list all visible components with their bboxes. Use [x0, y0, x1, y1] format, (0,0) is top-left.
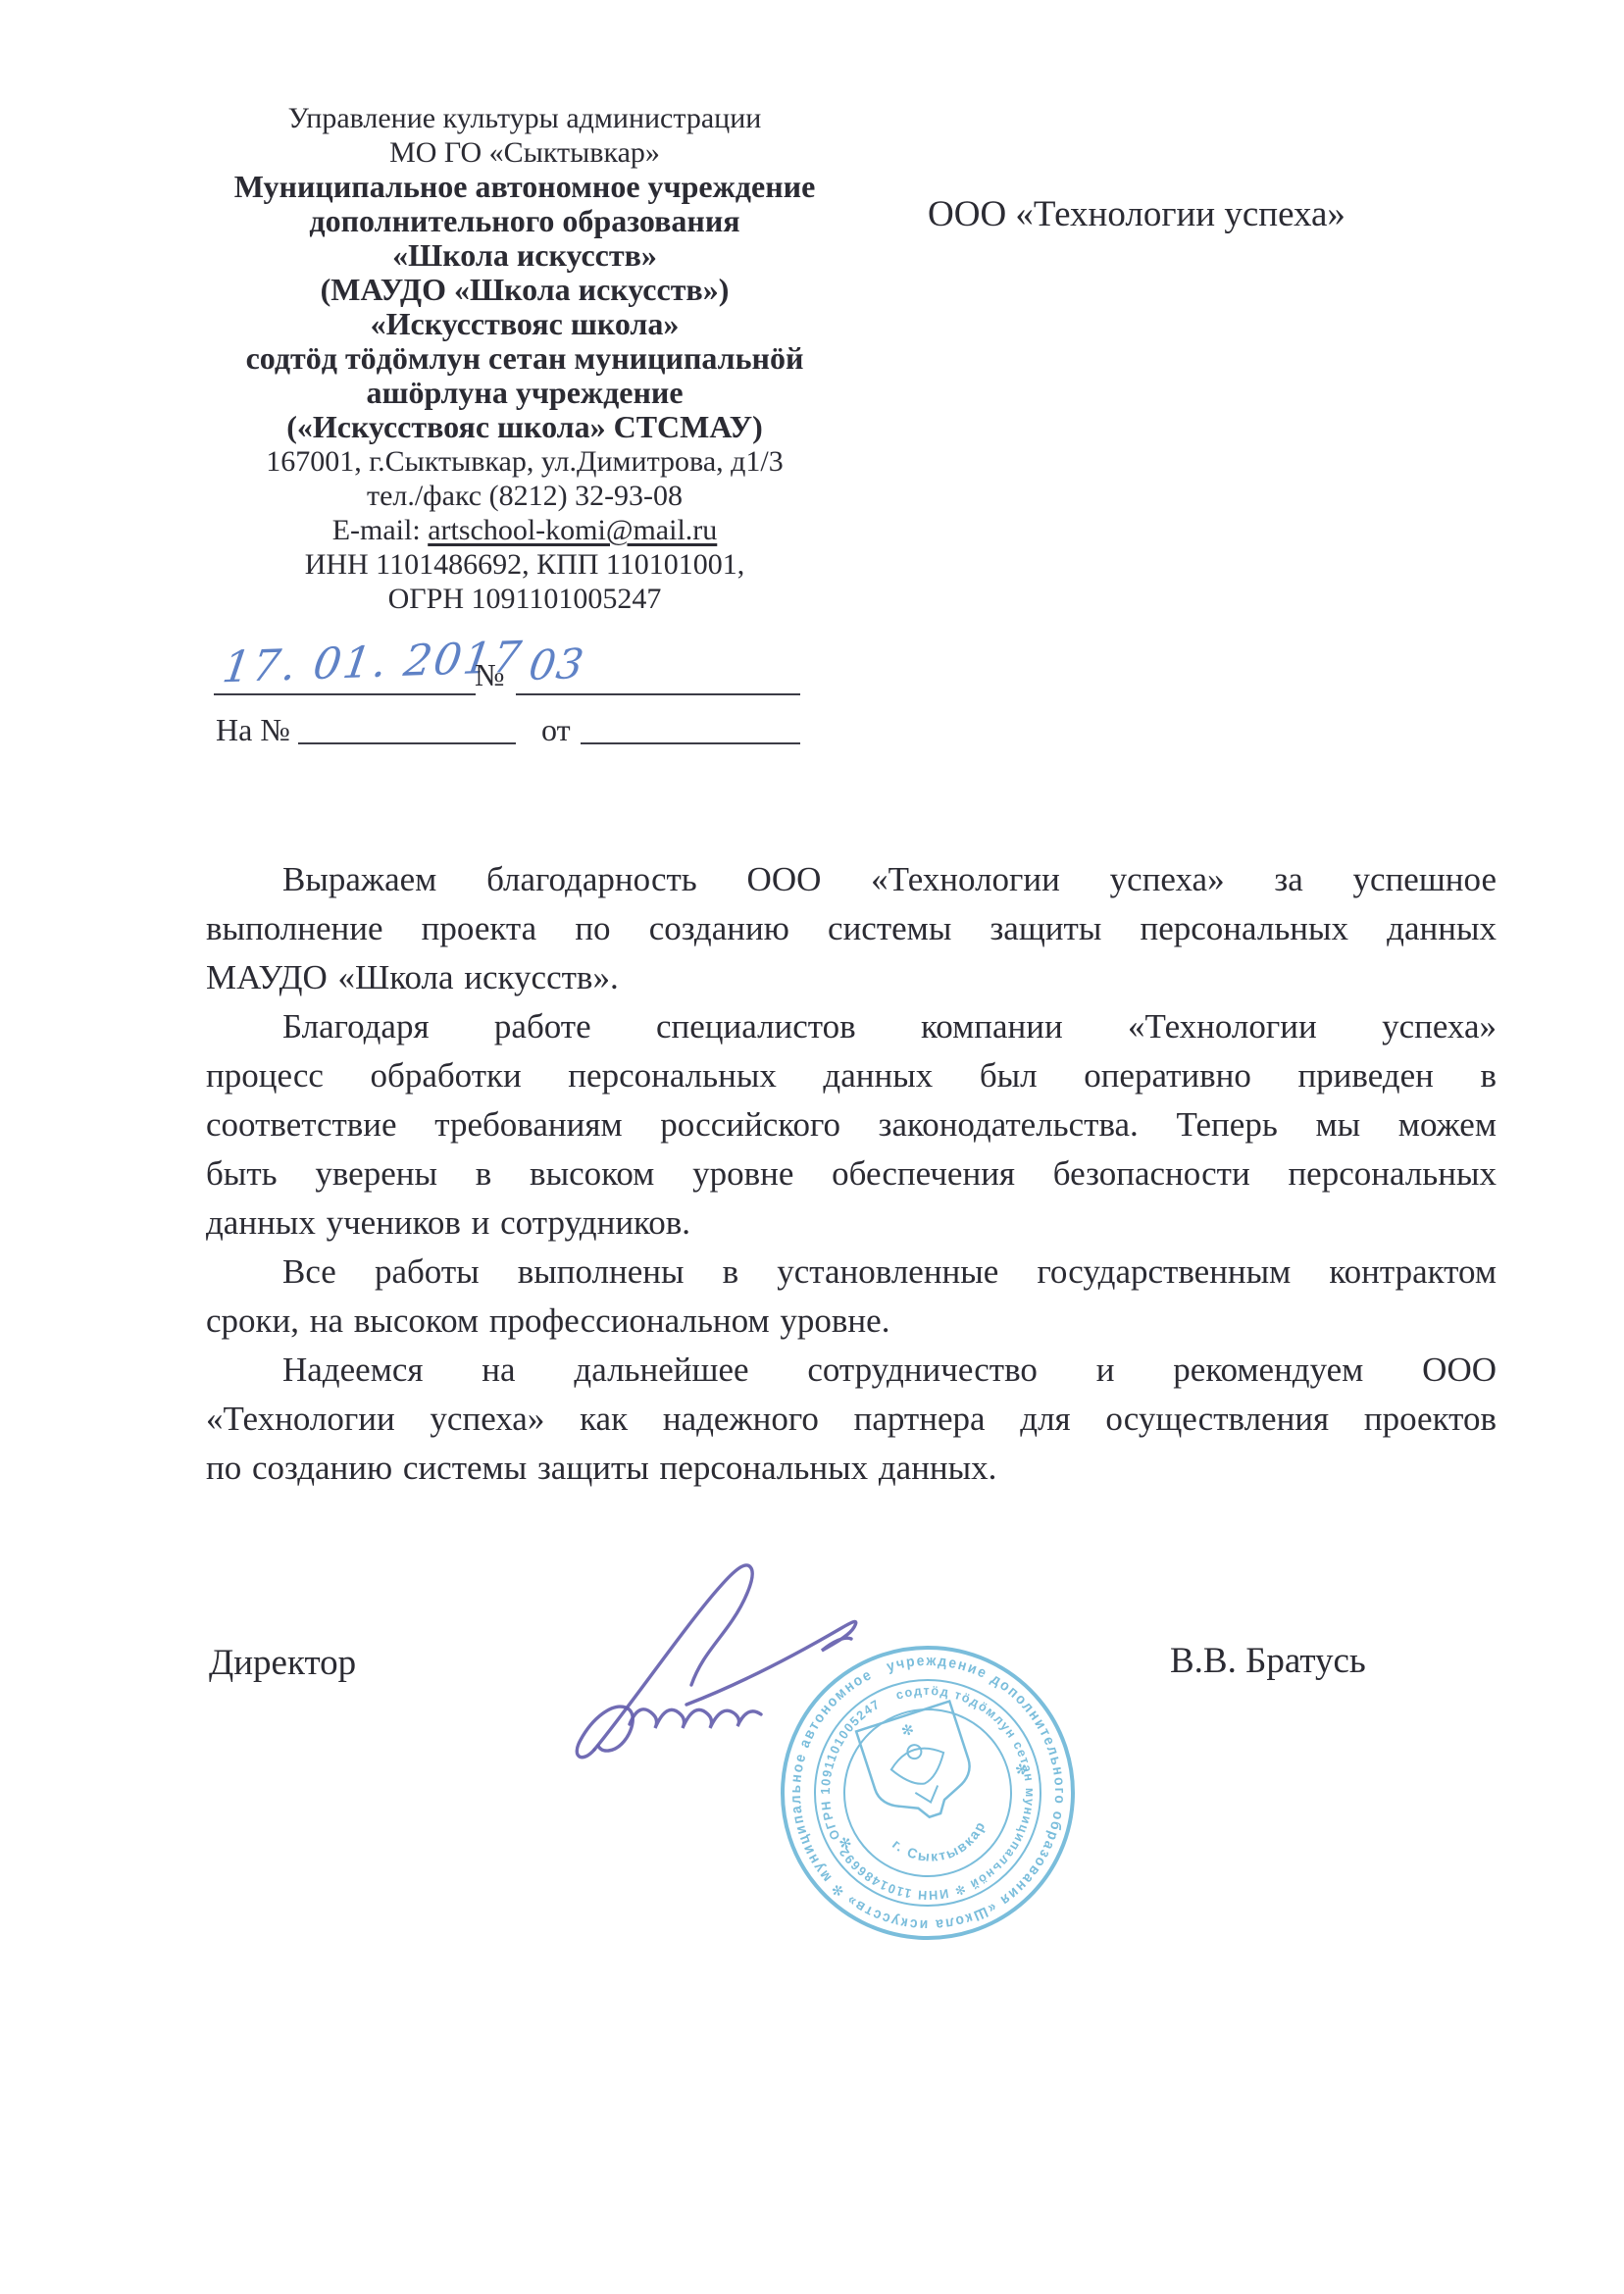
date-underline [214, 693, 476, 695]
body-line: Благодаря работе специалистов компании «… [206, 1002, 1497, 1051]
body-line: сроки, на высоком профессиональном уровн… [206, 1297, 1497, 1346]
stamp-city-text: г. Сыктывкар [887, 1809, 995, 1878]
letterhead-org-line: («Искусствояс школа» СТСМАУ) [137, 410, 912, 444]
letter-page: Управление культуры администрации МО ГО … [0, 0, 1624, 2294]
email-label: E-mail: [332, 514, 421, 546]
letterhead-dept-line: Управление культуры администрации [137, 101, 912, 135]
body-line: процесс обработки персональных данных бы… [206, 1051, 1497, 1100]
letterhead-phone: тел./факс (8212) 32-93-08 [137, 479, 912, 513]
letterhead-org-line: содтöд тöдöмлун сетан муниципальнöй [137, 341, 912, 376]
reply-date-underline [581, 742, 800, 744]
letterhead-dept-line: МО ГО «Сыктывкар» [137, 135, 912, 170]
body-line: быть уверены в высоком уровне обеспечени… [206, 1149, 1497, 1198]
letterhead-address: 167001, г.Сыктывкар, ул.Димитрова, д1/3 [137, 444, 912, 479]
handwritten-outgoing-number: 03 [526, 639, 587, 689]
signatory-role: Директор [209, 1642, 356, 1684]
director-signature [537, 1508, 883, 1783]
body-line: данных учеников и сотрудников. [206, 1198, 1497, 1248]
reply-from-label: от [541, 712, 571, 748]
letterhead-org-line: Муниципальное автономное учреждение [137, 170, 912, 204]
letterhead: Управление культуры администрации МО ГО … [137, 101, 912, 616]
numero-sign: № [475, 657, 505, 693]
number-underline [516, 693, 800, 695]
reply-to-number-label: На № [216, 712, 290, 748]
letter-body: Выражаем благодарность ООО «Технологии у… [206, 855, 1497, 1493]
body-line: Все работы выполнены в установленные гос… [206, 1248, 1497, 1297]
body-line: по созданию системы защиты персональных … [206, 1444, 1497, 1493]
letterhead-org-line: «Искусствояс школа» [137, 307, 912, 341]
letterhead-org-line: дополнительного образования [137, 204, 912, 238]
email-link[interactable]: artschool-komi@mail.ru [428, 514, 717, 546]
letterhead-org-line: ашöрлуна учреждение [137, 376, 912, 410]
body-line: Выражаем благодарность ООО «Технологии у… [206, 855, 1497, 904]
recipient-name: ООО «Технологии успеха» [928, 193, 1345, 235]
letterhead-org-line: (МАУДО «Школа искусств») [137, 273, 912, 307]
body-line: Надеемся на дальнейшее сотрудничество и … [206, 1346, 1497, 1395]
body-line: МАУДО «Школа искусств». [206, 953, 1497, 1002]
signatory-name: В.В. Братусь [1170, 1640, 1366, 1682]
stamp-star-icon: ✻ [899, 1721, 916, 1741]
body-line: соответствие требованиям российского зак… [206, 1100, 1497, 1149]
body-line: выполнение проекта по созданию системы з… [206, 904, 1497, 953]
letterhead-ogrn: ОГРН 1091101005247 [137, 582, 912, 616]
letterhead-org-line: «Школа искусств» [137, 238, 912, 273]
letterhead-email-line: E-mail: artschool-komi@mail.ru [137, 513, 912, 547]
body-line: «Технологии успеха» как надежного партне… [206, 1395, 1497, 1444]
handwritten-date: 17. 01. 2017 [220, 635, 474, 693]
letterhead-inn-kpp: ИНН 1101486692, КПП 110101001, [137, 547, 912, 582]
reply-number-underline [298, 742, 516, 744]
